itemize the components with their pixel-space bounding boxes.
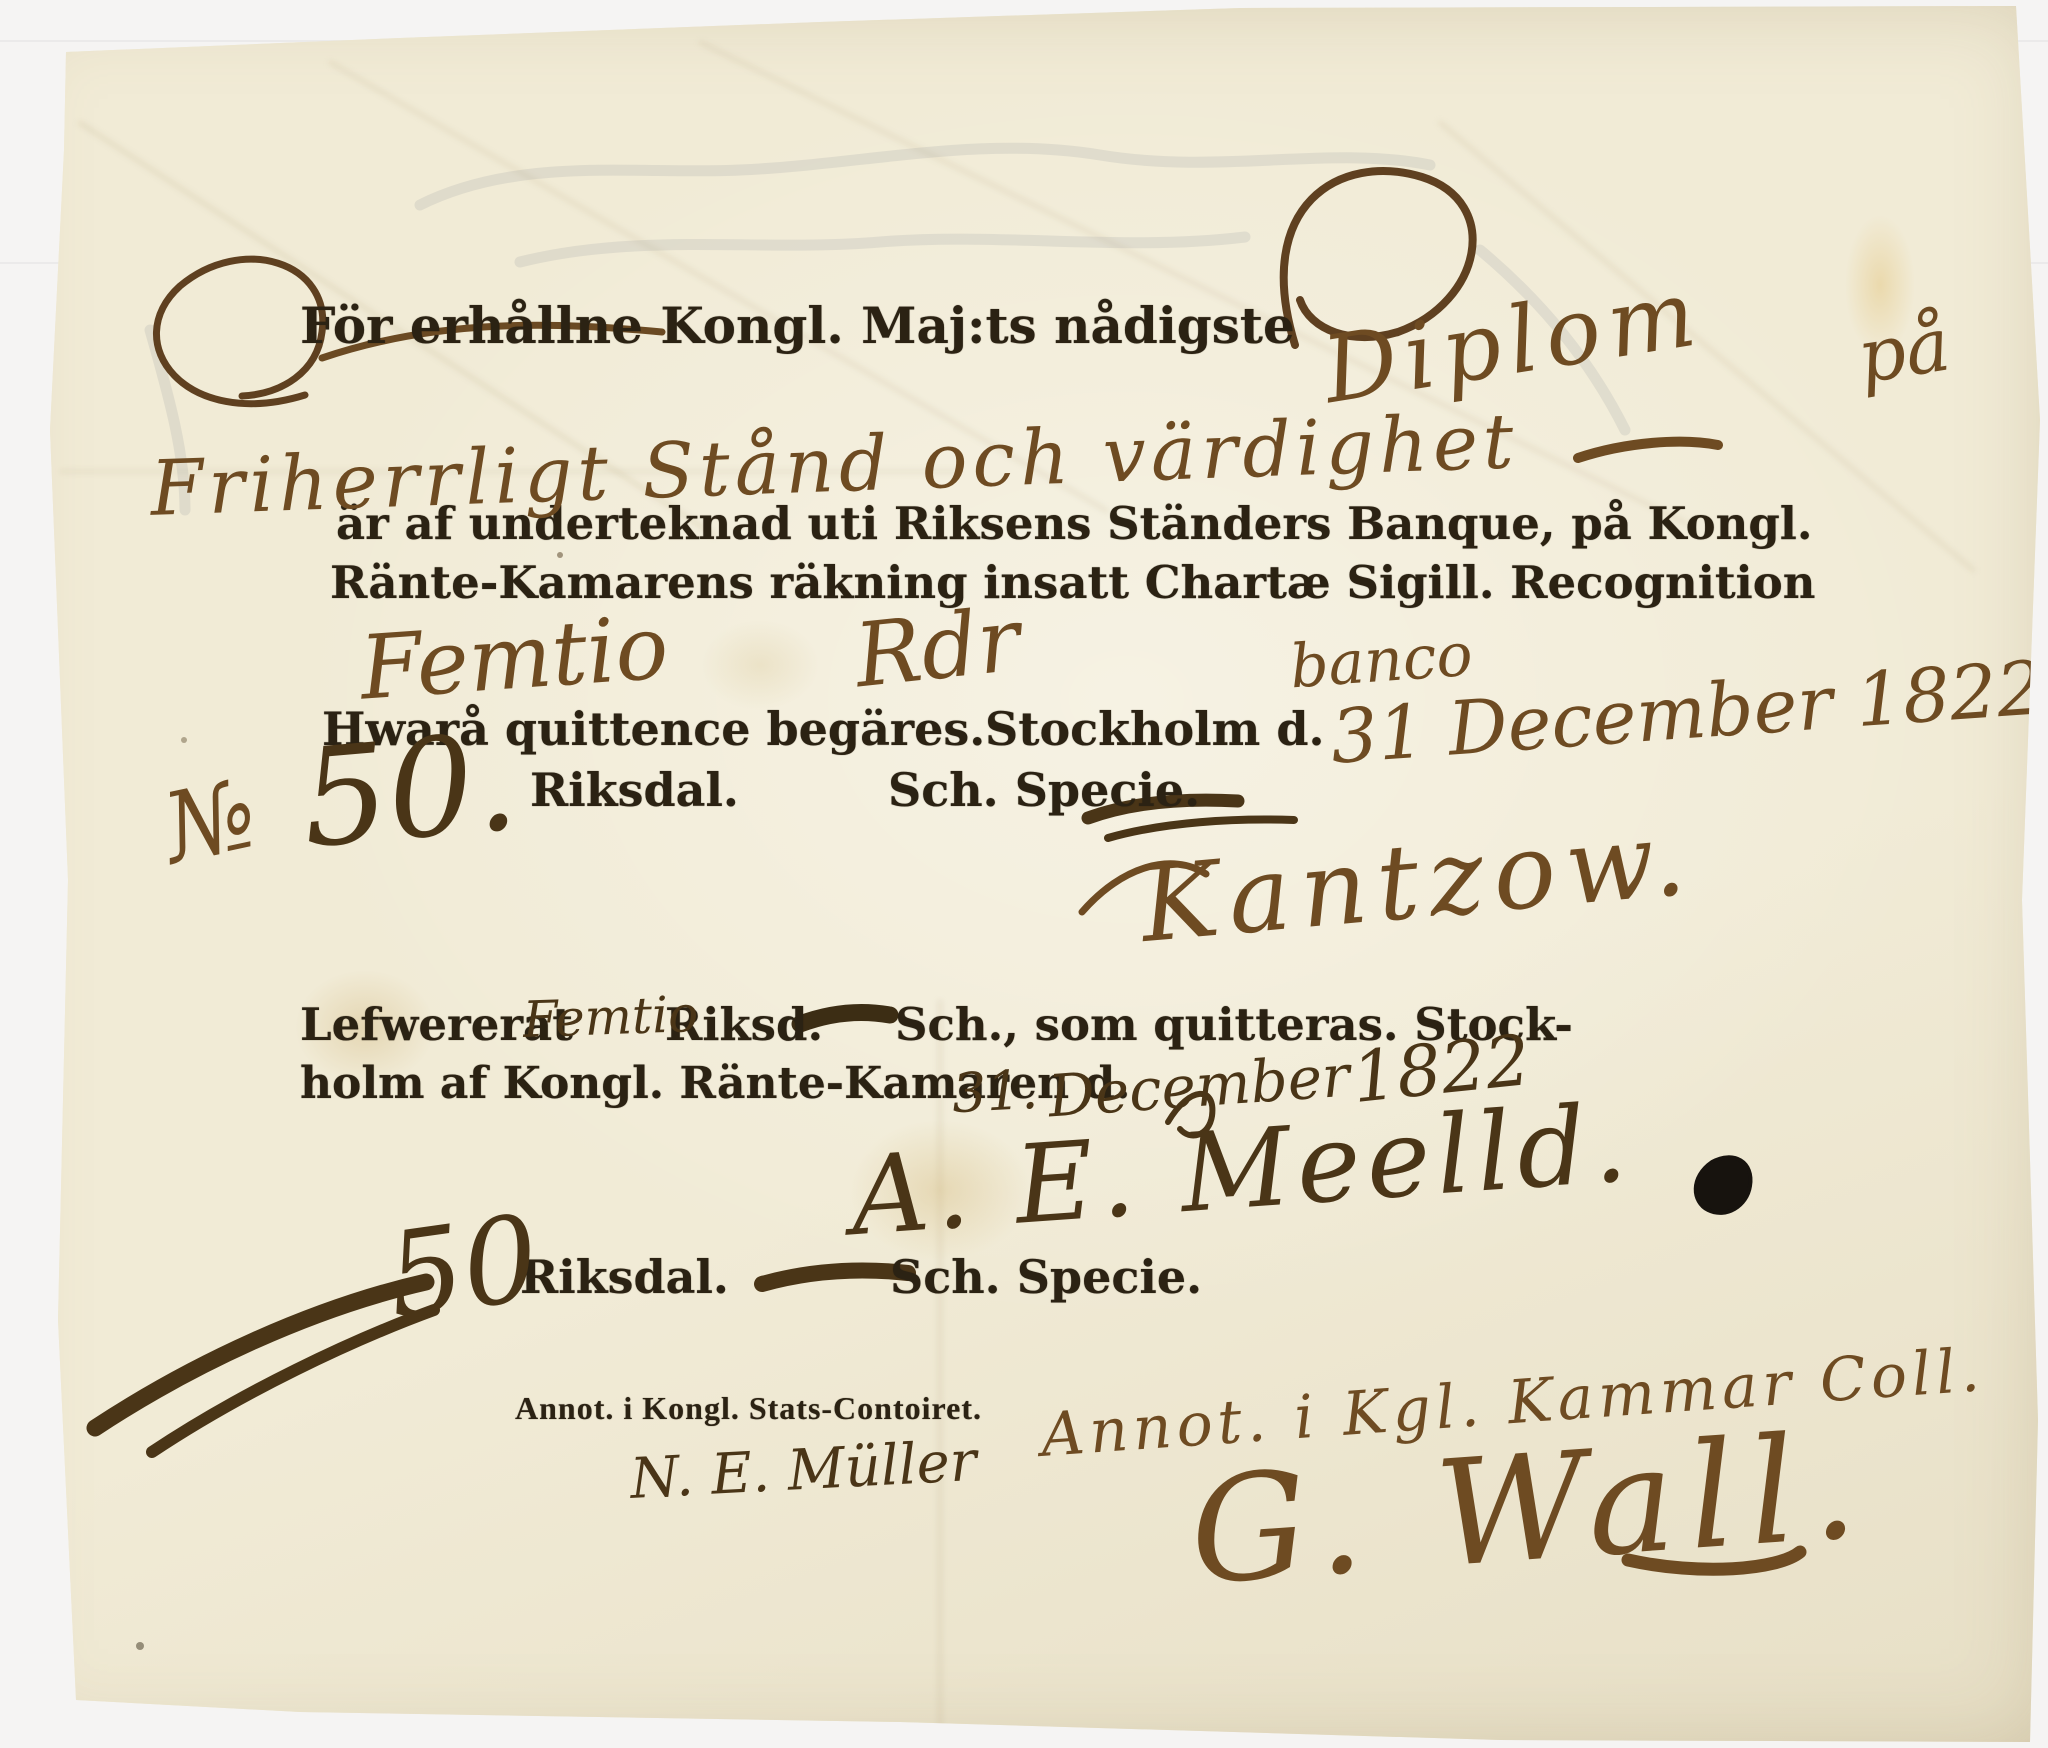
paper-speck [136,1642,144,1650]
printed-line-3: Ränte-Kamarens räkning insatt Chartæ Sig… [330,556,1815,609]
printed-riksdal-2: Riksdal. [520,1250,729,1304]
pen-loop-flourish [156,259,322,404]
pen-dash [762,1271,908,1284]
handwritten-pa: på [1852,301,1956,400]
printed-sch-specie-1: Sch. Specie. [888,763,1200,817]
handwritten-rdr: Rdr [850,588,1025,708]
printed-riksdal-1: Riksdal. [530,763,739,817]
handwritten-date2-day: 31. [950,1058,1039,1125]
handwritten-femtio: Femtio [357,595,672,719]
paper-speck [181,737,187,743]
printed-stockholm-d: Stockholm d. [985,702,1325,756]
printed-sch-specie-2: Sch. Specie. [890,1250,1202,1304]
document-paper: För erhållne Kongl. Maj:ts nådigste är a… [0,0,2048,1748]
pen-double-slash [95,1282,426,1428]
handwritten-femtio-inline: Femtio [522,985,699,1049]
ink-blot [1696,1157,1751,1213]
pen-dash [1578,442,1718,458]
printed-annot-stats-contoiret: Annot. i Kongl. Stats-Contoiret. [515,1390,982,1427]
scanned-receipt: För erhållne Kongl. Maj:ts nådigste är a… [0,0,2048,1748]
handwritten-amount-50-bottom: 50 [379,1188,547,1346]
printed-line-1: För erhållne Kongl. Maj:ts nådigste [300,296,1295,355]
handwritten-amount-50-top: 50. [296,703,524,878]
